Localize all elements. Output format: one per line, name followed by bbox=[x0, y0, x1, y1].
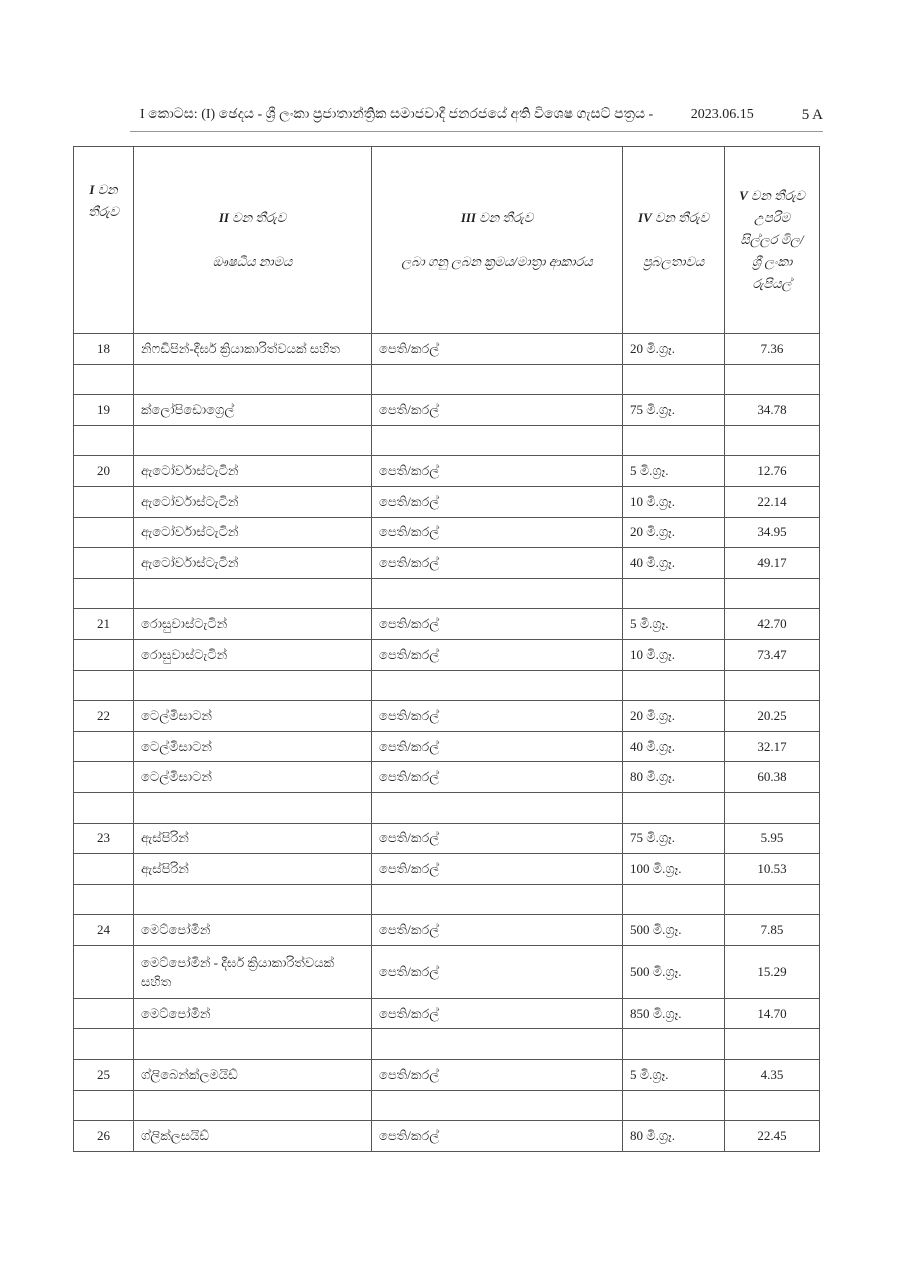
max-retail-price-cell: 7.36 bbox=[725, 334, 820, 365]
empty-cell bbox=[134, 364, 372, 395]
column-subtitle: ප්‍රබලතාවය bbox=[630, 251, 717, 273]
column-label: වන තීරුව bbox=[229, 210, 286, 225]
drug-name-cell: රොසුවාස්ටැටින් bbox=[134, 609, 372, 640]
table-row: 22ටෙල්මිසාටන්පෙති/කරල්20 මි.ග්‍රෑ.20.25 bbox=[74, 701, 820, 732]
drug-name-cell: ඇටෝර්වාස්ටැටින් bbox=[134, 486, 372, 517]
spacer-row bbox=[74, 884, 820, 915]
empty-cell bbox=[725, 1090, 820, 1121]
strength-cell: 80 මි.ග්‍රෑ. bbox=[623, 1121, 725, 1152]
max-retail-price-cell: 42.70 bbox=[725, 609, 820, 640]
empty-cell bbox=[623, 670, 725, 701]
empty-cell bbox=[372, 792, 623, 823]
max-retail-price-cell: 14.70 bbox=[725, 998, 820, 1029]
column-label: වන තීරුව bbox=[652, 210, 709, 225]
spacer-row bbox=[74, 364, 820, 395]
dosage-form-cell: පෙති/කරල් bbox=[372, 486, 623, 517]
max-retail-price-cell: 5.95 bbox=[725, 823, 820, 854]
item-number-cell: 22 bbox=[74, 701, 134, 732]
max-retail-price-cell: 22.14 bbox=[725, 486, 820, 517]
dosage-form-cell: පෙති/කරල් bbox=[372, 915, 623, 946]
strength-cell: 40 මි.ග්‍රෑ. bbox=[623, 731, 725, 762]
strength-cell: 100 මි.ග්‍රෑ. bbox=[623, 854, 725, 885]
empty-cell bbox=[372, 884, 623, 915]
empty-cell bbox=[623, 1029, 725, 1060]
table-row: 20ඇටෝර්වාස්ටැටින්පෙති/කරල්5 මි.ග්‍රෑ.12.… bbox=[74, 456, 820, 487]
max-retail-price-cell: 10.53 bbox=[725, 854, 820, 885]
table-header-row: I වන තීරුවII වන තීරුවඖෂධීය නාමයIII වන තී… bbox=[74, 147, 820, 334]
column-label: වන තීරුව bbox=[476, 210, 533, 225]
drug-name-cell: ඇස්පිරින් bbox=[134, 823, 372, 854]
spacer-row bbox=[74, 1090, 820, 1121]
column-roman: II bbox=[219, 210, 229, 225]
item-number-cell: 25 bbox=[74, 1060, 134, 1091]
strength-cell: 75 මි.ග්‍රෑ. bbox=[623, 823, 725, 854]
strength-cell: 20 මි.ග්‍රෑ. bbox=[623, 701, 725, 732]
table-row: ටෙල්මිසාටන්පෙති/කරල්80 මි.ග්‍රෑ.60.38 bbox=[74, 762, 820, 793]
drug-name-cell: ටෙල්මිසාටන් bbox=[134, 762, 372, 793]
empty-cell bbox=[134, 792, 372, 823]
dosage-form-cell: පෙති/කරල් bbox=[372, 334, 623, 365]
strength-cell: 5 මි.ග්‍රෑ. bbox=[623, 609, 725, 640]
empty-cell bbox=[74, 1029, 134, 1060]
item-number-cell: 20 bbox=[74, 456, 134, 487]
empty-cell bbox=[623, 578, 725, 609]
max-retail-price-cell: 73.47 bbox=[725, 639, 820, 670]
empty-cell bbox=[74, 425, 134, 456]
dosage-form-cell: පෙති/කරල් bbox=[372, 945, 623, 998]
empty-cell bbox=[623, 884, 725, 915]
drug-name-cell: ග්ලික්ලසයිඩ් bbox=[134, 1121, 372, 1152]
column-header-4: IV වන තීරුවප්‍රබලතාවය bbox=[623, 147, 725, 334]
strength-cell: 10 මි.ග්‍රෑ. bbox=[623, 639, 725, 670]
table-row: මෙට්පෝමින්පෙති/කරල්850 මි.ග්‍රෑ.14.70 bbox=[74, 998, 820, 1029]
drug-name-cell: නිෆඩිපින්-දීර්ඝ ක්‍රියාකාරිත්වයක් සහිත bbox=[134, 334, 372, 365]
drug-name-cell: ඇටෝර්වාස්ටැටින් bbox=[134, 517, 372, 548]
dosage-form-cell: පෙති/කරල් bbox=[372, 517, 623, 548]
table-row: 25ග්ලිබෙන්ක්ලමයිඩ්පෙති/කරල්5 මි.ග්‍රෑ.4.… bbox=[74, 1060, 820, 1091]
item-number-cell: 23 bbox=[74, 823, 134, 854]
empty-cell bbox=[372, 670, 623, 701]
spacer-row bbox=[74, 792, 820, 823]
strength-cell: 500 මි.ග්‍රෑ. bbox=[623, 915, 725, 946]
page-header: I කොටස: (I) ඡෙදය - ශ්‍රී ලංකා ප්‍රජාතාන්… bbox=[140, 104, 823, 126]
empty-cell bbox=[134, 578, 372, 609]
empty-cell bbox=[372, 578, 623, 609]
drug-name-cell: ඇටෝර්වාස්ටැටින් bbox=[134, 456, 372, 487]
empty-cell bbox=[372, 364, 623, 395]
dosage-form-cell: පෙති/කරල් bbox=[372, 609, 623, 640]
spacer-row bbox=[74, 670, 820, 701]
table-row: රොසුවාස්ටැටින්පෙති/කරල්10 මි.ග්‍රෑ.73.47 bbox=[74, 639, 820, 670]
empty-cell bbox=[372, 1090, 623, 1121]
table-row: ඇටෝර්වාස්ටැටින්පෙති/කරල්20 මි.ග්‍රෑ.34.9… bbox=[74, 517, 820, 548]
drug-name-cell: ඇස්පිරින් bbox=[134, 854, 372, 885]
spacer-row bbox=[74, 578, 820, 609]
empty-cell bbox=[134, 425, 372, 456]
gazette-date: 2023.06.15 bbox=[691, 107, 754, 123]
strength-cell: 5 මි.ග්‍රෑ. bbox=[623, 456, 725, 487]
column-subtitle: ඖෂධීය නාමය bbox=[141, 251, 364, 273]
item-number-cell bbox=[74, 731, 134, 762]
page-number: 5 A bbox=[802, 107, 823, 124]
empty-cell bbox=[623, 1090, 725, 1121]
column-header-1: I වන තීරුව bbox=[74, 147, 134, 334]
drug-name-cell: ටෙල්මිසාටන් bbox=[134, 731, 372, 762]
empty-cell bbox=[725, 578, 820, 609]
item-number-cell bbox=[74, 639, 134, 670]
item-number-cell bbox=[74, 548, 134, 579]
empty-cell bbox=[725, 670, 820, 701]
table-row: 26ග්ලික්ලසයිඩ්පෙති/කරල්80 මි.ග්‍රෑ.22.45 bbox=[74, 1121, 820, 1152]
dosage-form-cell: පෙති/කරල් bbox=[372, 998, 623, 1029]
max-retail-price-cell: 15.29 bbox=[725, 945, 820, 998]
dosage-form-cell: පෙති/කරල් bbox=[372, 456, 623, 487]
item-number-cell bbox=[74, 762, 134, 793]
table-row: 23ඇස්පිරින්පෙති/කරල්75 මි.ග්‍රෑ.5.95 bbox=[74, 823, 820, 854]
table-row: ඇටෝර්වාස්ටැටින්පෙති/කරල්10 මි.ග්‍රෑ.22.1… bbox=[74, 486, 820, 517]
strength-cell: 10 මි.ග්‍රෑ. bbox=[623, 486, 725, 517]
item-number-cell: 18 bbox=[74, 334, 134, 365]
drug-name-cell: ඇටෝර්වාස්ටැටින් bbox=[134, 548, 372, 579]
max-retail-price-cell: 60.38 bbox=[725, 762, 820, 793]
strength-cell: 80 මි.ග්‍රෑ. bbox=[623, 762, 725, 793]
item-number-cell bbox=[74, 945, 134, 998]
column-header-2: II වන තීරුවඖෂධීය නාමය bbox=[134, 147, 372, 334]
dosage-form-cell: පෙති/කරල් bbox=[372, 639, 623, 670]
max-retail-price-cell: 49.17 bbox=[725, 548, 820, 579]
empty-cell bbox=[74, 1090, 134, 1121]
spacer-row bbox=[74, 1029, 820, 1060]
item-number-cell bbox=[74, 517, 134, 548]
item-number-cell bbox=[74, 998, 134, 1029]
column-subtitle: ලබා ගනු ලබන ක්‍රමය/මාත්‍රා ආකාරය bbox=[379, 251, 615, 273]
strength-cell: 40 මි.ග්‍රෑ. bbox=[623, 548, 725, 579]
dosage-form-cell: පෙති/කරල් bbox=[372, 823, 623, 854]
empty-cell bbox=[74, 364, 134, 395]
dosage-form-cell: පෙති/කරල් bbox=[372, 701, 623, 732]
max-retail-price-cell: 34.78 bbox=[725, 395, 820, 426]
dosage-form-cell: පෙති/කරල් bbox=[372, 395, 623, 426]
table-body: 18නිෆඩිපින්-දීර්ඝ ක්‍රියාකාරිත්වයක් සහිත… bbox=[74, 334, 820, 1152]
max-retail-price-cell: 20.25 bbox=[725, 701, 820, 732]
dosage-form-cell: පෙති/කරල් bbox=[372, 548, 623, 579]
strength-cell: 20 මි.ග්‍රෑ. bbox=[623, 334, 725, 365]
table-row: 18නිෆඩිපින්-දීර්ඝ ක්‍රියාකාරිත්වයක් සහිත… bbox=[74, 334, 820, 365]
table-row: 21රොසුවාස්ටැටින්පෙති/කරල්5 මි.ග්‍රෑ.42.7… bbox=[74, 609, 820, 640]
drug-name-cell: රොසුවාස්ටැටින් bbox=[134, 639, 372, 670]
strength-cell: 20 මි.ග්‍රෑ. bbox=[623, 517, 725, 548]
table-row: 19ක්ලෝපිඩොග්‍රෙල්පෙති/කරල්75 මි.ග්‍රෑ.34… bbox=[74, 395, 820, 426]
empty-cell bbox=[74, 884, 134, 915]
drug-name-cell: මෙට්පෝමින් bbox=[134, 998, 372, 1029]
price-table: I වන තීරුවII වන තීරුවඖෂධීය නාමයIII වන තී… bbox=[73, 146, 820, 1152]
empty-cell bbox=[725, 884, 820, 915]
max-retail-price-cell: 22.45 bbox=[725, 1121, 820, 1152]
max-retail-price-cell: 4.35 bbox=[725, 1060, 820, 1091]
empty-cell bbox=[725, 792, 820, 823]
max-retail-price-cell: 32.17 bbox=[725, 731, 820, 762]
item-number-cell bbox=[74, 854, 134, 885]
column-header-3: III වන තීරුවලබා ගනු ලබන ක්‍රමය/මාත්‍රා ආ… bbox=[372, 147, 623, 334]
column-roman: IV bbox=[638, 210, 652, 225]
drug-name-cell: මෙට්පෝමින් bbox=[134, 915, 372, 946]
empty-cell bbox=[623, 425, 725, 456]
empty-cell bbox=[134, 670, 372, 701]
table-row: ඇස්පිරින්පෙති/කරල්100 මි.ග්‍රෑ.10.53 bbox=[74, 854, 820, 885]
spacer-row bbox=[74, 425, 820, 456]
column-roman: III bbox=[461, 210, 476, 225]
strength-cell: 75 මි.ග්‍රෑ. bbox=[623, 395, 725, 426]
gazette-title: I කොටස: (I) ඡෙදය - ශ්‍රී ලංකා ප්‍රජාතාන්… bbox=[140, 107, 685, 123]
max-retail-price-cell: 7.85 bbox=[725, 915, 820, 946]
dosage-form-cell: පෙති/කරල් bbox=[372, 854, 623, 885]
dosage-form-cell: පෙති/කරල් bbox=[372, 731, 623, 762]
column-subtitle: උපරිම සිල්ලර මිල/ ශ්‍රී ලංකා රුපියල් bbox=[740, 210, 803, 291]
item-number-cell: 26 bbox=[74, 1121, 134, 1152]
empty-cell bbox=[725, 1029, 820, 1060]
dosage-form-cell: පෙති/කරල් bbox=[372, 1121, 623, 1152]
column-roman: V bbox=[739, 188, 748, 203]
table-row: ඇටෝර්වාස්ටැටින්පෙති/කරල්40 මි.ග්‍රෑ.49.1… bbox=[74, 548, 820, 579]
max-retail-price-cell: 12.76 bbox=[725, 456, 820, 487]
max-retail-price-cell: 34.95 bbox=[725, 517, 820, 548]
drug-name-cell: ටෙල්මිසාටන් bbox=[134, 701, 372, 732]
drug-name-cell: ග්ලිබෙන්ක්ලමයිඩ් bbox=[134, 1060, 372, 1091]
table-row: මෙට්පෝමින් - දීර්ඝ ක්‍රියාකාරිත්වයක් සහි… bbox=[74, 945, 820, 998]
empty-cell bbox=[74, 670, 134, 701]
empty-cell bbox=[623, 792, 725, 823]
empty-cell bbox=[74, 792, 134, 823]
item-number-cell: 24 bbox=[74, 915, 134, 946]
strength-cell: 850 මි.ග්‍රෑ. bbox=[623, 998, 725, 1029]
strength-cell: 500 මි.ග්‍රෑ. bbox=[623, 945, 725, 998]
empty-cell bbox=[134, 1029, 372, 1060]
dosage-form-cell: පෙති/කරල් bbox=[372, 762, 623, 793]
item-number-cell: 21 bbox=[74, 609, 134, 640]
column-label: වන තීරුව bbox=[748, 188, 805, 203]
empty-cell bbox=[623, 364, 725, 395]
empty-cell bbox=[74, 578, 134, 609]
empty-cell bbox=[725, 425, 820, 456]
header-divider bbox=[130, 131, 823, 132]
item-number-cell bbox=[74, 486, 134, 517]
drug-name-cell: මෙට්පෝමින් - දීර්ඝ ක්‍රියාකාරිත්වයක් සහි… bbox=[134, 945, 372, 998]
empty-cell bbox=[372, 1029, 623, 1060]
table-row: 24මෙට්පෝමින්පෙති/කරල්500 මි.ග්‍රෑ.7.85 bbox=[74, 915, 820, 946]
empty-cell bbox=[134, 884, 372, 915]
column-header-5: V වන තීරුවඋපරිම සිල්ලර මිල/ ශ්‍රී ලංකා ර… bbox=[725, 147, 820, 334]
item-number-cell: 19 bbox=[74, 395, 134, 426]
empty-cell bbox=[372, 425, 623, 456]
empty-cell bbox=[134, 1090, 372, 1121]
strength-cell: 5 මි.ග්‍රෑ. bbox=[623, 1060, 725, 1091]
table-row: ටෙල්මිසාටන්පෙති/කරල්40 මි.ග්‍රෑ.32.17 bbox=[74, 731, 820, 762]
drug-name-cell: ක්ලෝපිඩොග්‍රෙල් bbox=[134, 395, 372, 426]
empty-cell bbox=[725, 364, 820, 395]
dosage-form-cell: පෙති/කරල් bbox=[372, 1060, 623, 1091]
